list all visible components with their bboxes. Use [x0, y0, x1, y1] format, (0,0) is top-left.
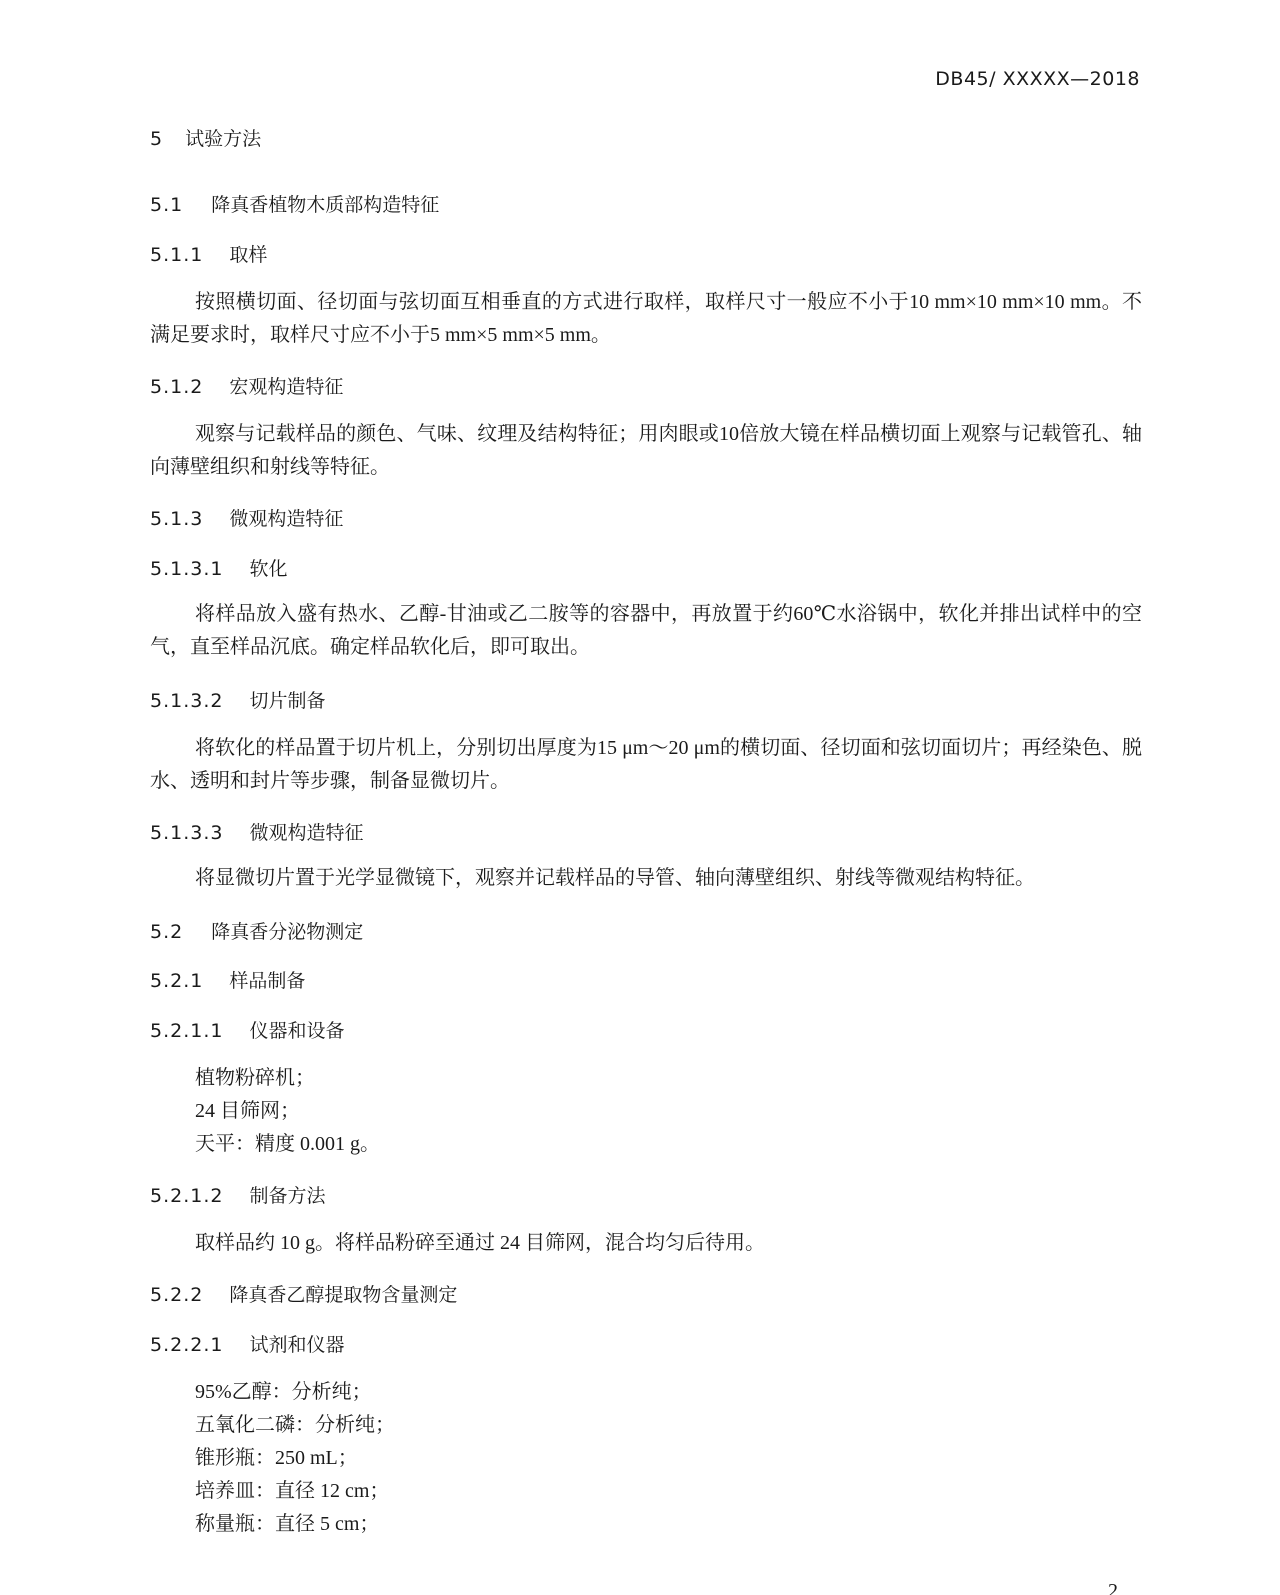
- heading-title: 试剂和仪器: [249, 1334, 344, 1356]
- paragraph-preparation-method: 取样品约 10 g。将样品粉碎至通过 24 目筛网，混合均匀后待用。: [150, 1227, 1142, 1260]
- heading-number: 5.2.2: [150, 1284, 203, 1306]
- heading-title: 微观构造特征: [229, 508, 343, 530]
- heading-number: 5.2.1.2: [150, 1185, 223, 1207]
- list-item: 95%乙醇：分析纯；: [150, 1376, 1142, 1409]
- heading-5-1-2: 5.1.2宏观构造特征: [150, 372, 1142, 399]
- paragraph-macro-structure: 观察与记载样品的颜色、气味、纹理及结构特征；用肉眼或10倍放大镜在样品横切面上观…: [150, 418, 1142, 484]
- paragraph-slice-preparation: 将软化的样品置于切片机上，分别切出厚度为15 μm～20 μm的横切面、径切面和…: [150, 732, 1142, 798]
- heading-title: 软化: [249, 558, 287, 580]
- list-item: 五氧化二磷：分析纯；: [150, 1409, 1142, 1442]
- paragraph-sampling: 按照横切面、径切面与弦切面互相垂直的方式进行取样，取样尺寸一般应不小于10 mm…: [150, 286, 1142, 352]
- list-item: 锥形瓶：250 mL；: [150, 1442, 1142, 1475]
- heading-number: 5.2.2.1: [150, 1334, 223, 1356]
- heading-5: 5试验方法: [150, 124, 1142, 151]
- heading-title: 样品制备: [229, 970, 305, 992]
- list-item: 称量瓶：直径 5 cm；: [150, 1508, 1142, 1541]
- heading-title: 仪器和设备: [249, 1020, 344, 1042]
- heading-5-2-1-2: 5.2.1.2制备方法: [150, 1181, 1142, 1208]
- heading-number: 5.1.3: [150, 508, 203, 530]
- heading-5-1-1: 5.1.1取样: [150, 240, 1142, 267]
- heading-number: 5.1.3.3: [150, 822, 223, 844]
- heading-number: 5: [150, 128, 163, 150]
- heading-5-2-1-1: 5.2.1.1仪器和设备: [150, 1016, 1142, 1043]
- heading-title: 宏观构造特征: [229, 376, 343, 398]
- heading-5-2-2-1: 5.2.2.1试剂和仪器: [150, 1330, 1142, 1357]
- heading-number: 5.2: [150, 921, 183, 943]
- page-number: 2: [1108, 1580, 1118, 1595]
- heading-5-2-2: 5.2.2降真香乙醇提取物含量测定: [150, 1280, 1142, 1307]
- heading-number: 5.1.1: [150, 244, 203, 266]
- heading-5-1-3: 5.1.3微观构造特征: [150, 504, 1142, 531]
- heading-5-1: 5.1降真香植物木质部构造特征: [150, 190, 1142, 217]
- list-item: 天平：精度 0.001 g。: [150, 1128, 1142, 1161]
- heading-number: 5.1.3.2: [150, 690, 223, 712]
- heading-title: 试验方法: [185, 128, 261, 150]
- list-item: 培养皿：直径 12 cm；: [150, 1475, 1142, 1508]
- heading-title: 降真香植物木质部构造特征: [211, 194, 439, 216]
- heading-5-1-3-1: 5.1.3.1软化: [150, 554, 1142, 581]
- reagent-list: 95%乙醇：分析纯； 五氧化二磷：分析纯； 锥形瓶：250 mL； 培养皿：直径…: [150, 1376, 1142, 1541]
- heading-title: 取样: [229, 244, 267, 266]
- heading-number: 5.2.1.1: [150, 1020, 223, 1042]
- heading-title: 降真香乙醇提取物含量测定: [229, 1284, 457, 1306]
- heading-5-2-1: 5.2.1样品制备: [150, 966, 1142, 993]
- heading-title: 降真香分泌物测定: [211, 921, 363, 943]
- heading-5-1-3-2: 5.1.3.2切片制备: [150, 686, 1142, 713]
- heading-title: 制备方法: [249, 1185, 325, 1207]
- heading-title: 微观构造特征: [249, 822, 363, 844]
- list-item: 24 目筛网；: [150, 1095, 1142, 1128]
- document-code-header: DB45/ XXXXX—2018: [935, 68, 1140, 90]
- heading-number: 5.1.3.1: [150, 558, 223, 580]
- heading-5-2: 5.2降真香分泌物测定: [150, 917, 1142, 944]
- heading-number: 5.1: [150, 194, 183, 216]
- heading-number: 5.1.2: [150, 376, 203, 398]
- paragraph-micro-structure: 将显微切片置于光学显微镜下，观察并记载样品的导管、轴向薄壁组织、射线等微观结构特…: [150, 862, 1142, 895]
- equipment-list: 植物粉碎机； 24 目筛网； 天平：精度 0.001 g。: [150, 1062, 1142, 1161]
- heading-title: 切片制备: [249, 690, 325, 712]
- heading-number: 5.2.1: [150, 970, 203, 992]
- list-item: 植物粉碎机；: [150, 1062, 1142, 1095]
- paragraph-softening: 将样品放入盛有热水、乙醇-甘油或乙二胺等的容器中，再放置于约60℃水浴锅中，软化…: [150, 598, 1142, 664]
- heading-5-1-3-3: 5.1.3.3微观构造特征: [150, 818, 1142, 845]
